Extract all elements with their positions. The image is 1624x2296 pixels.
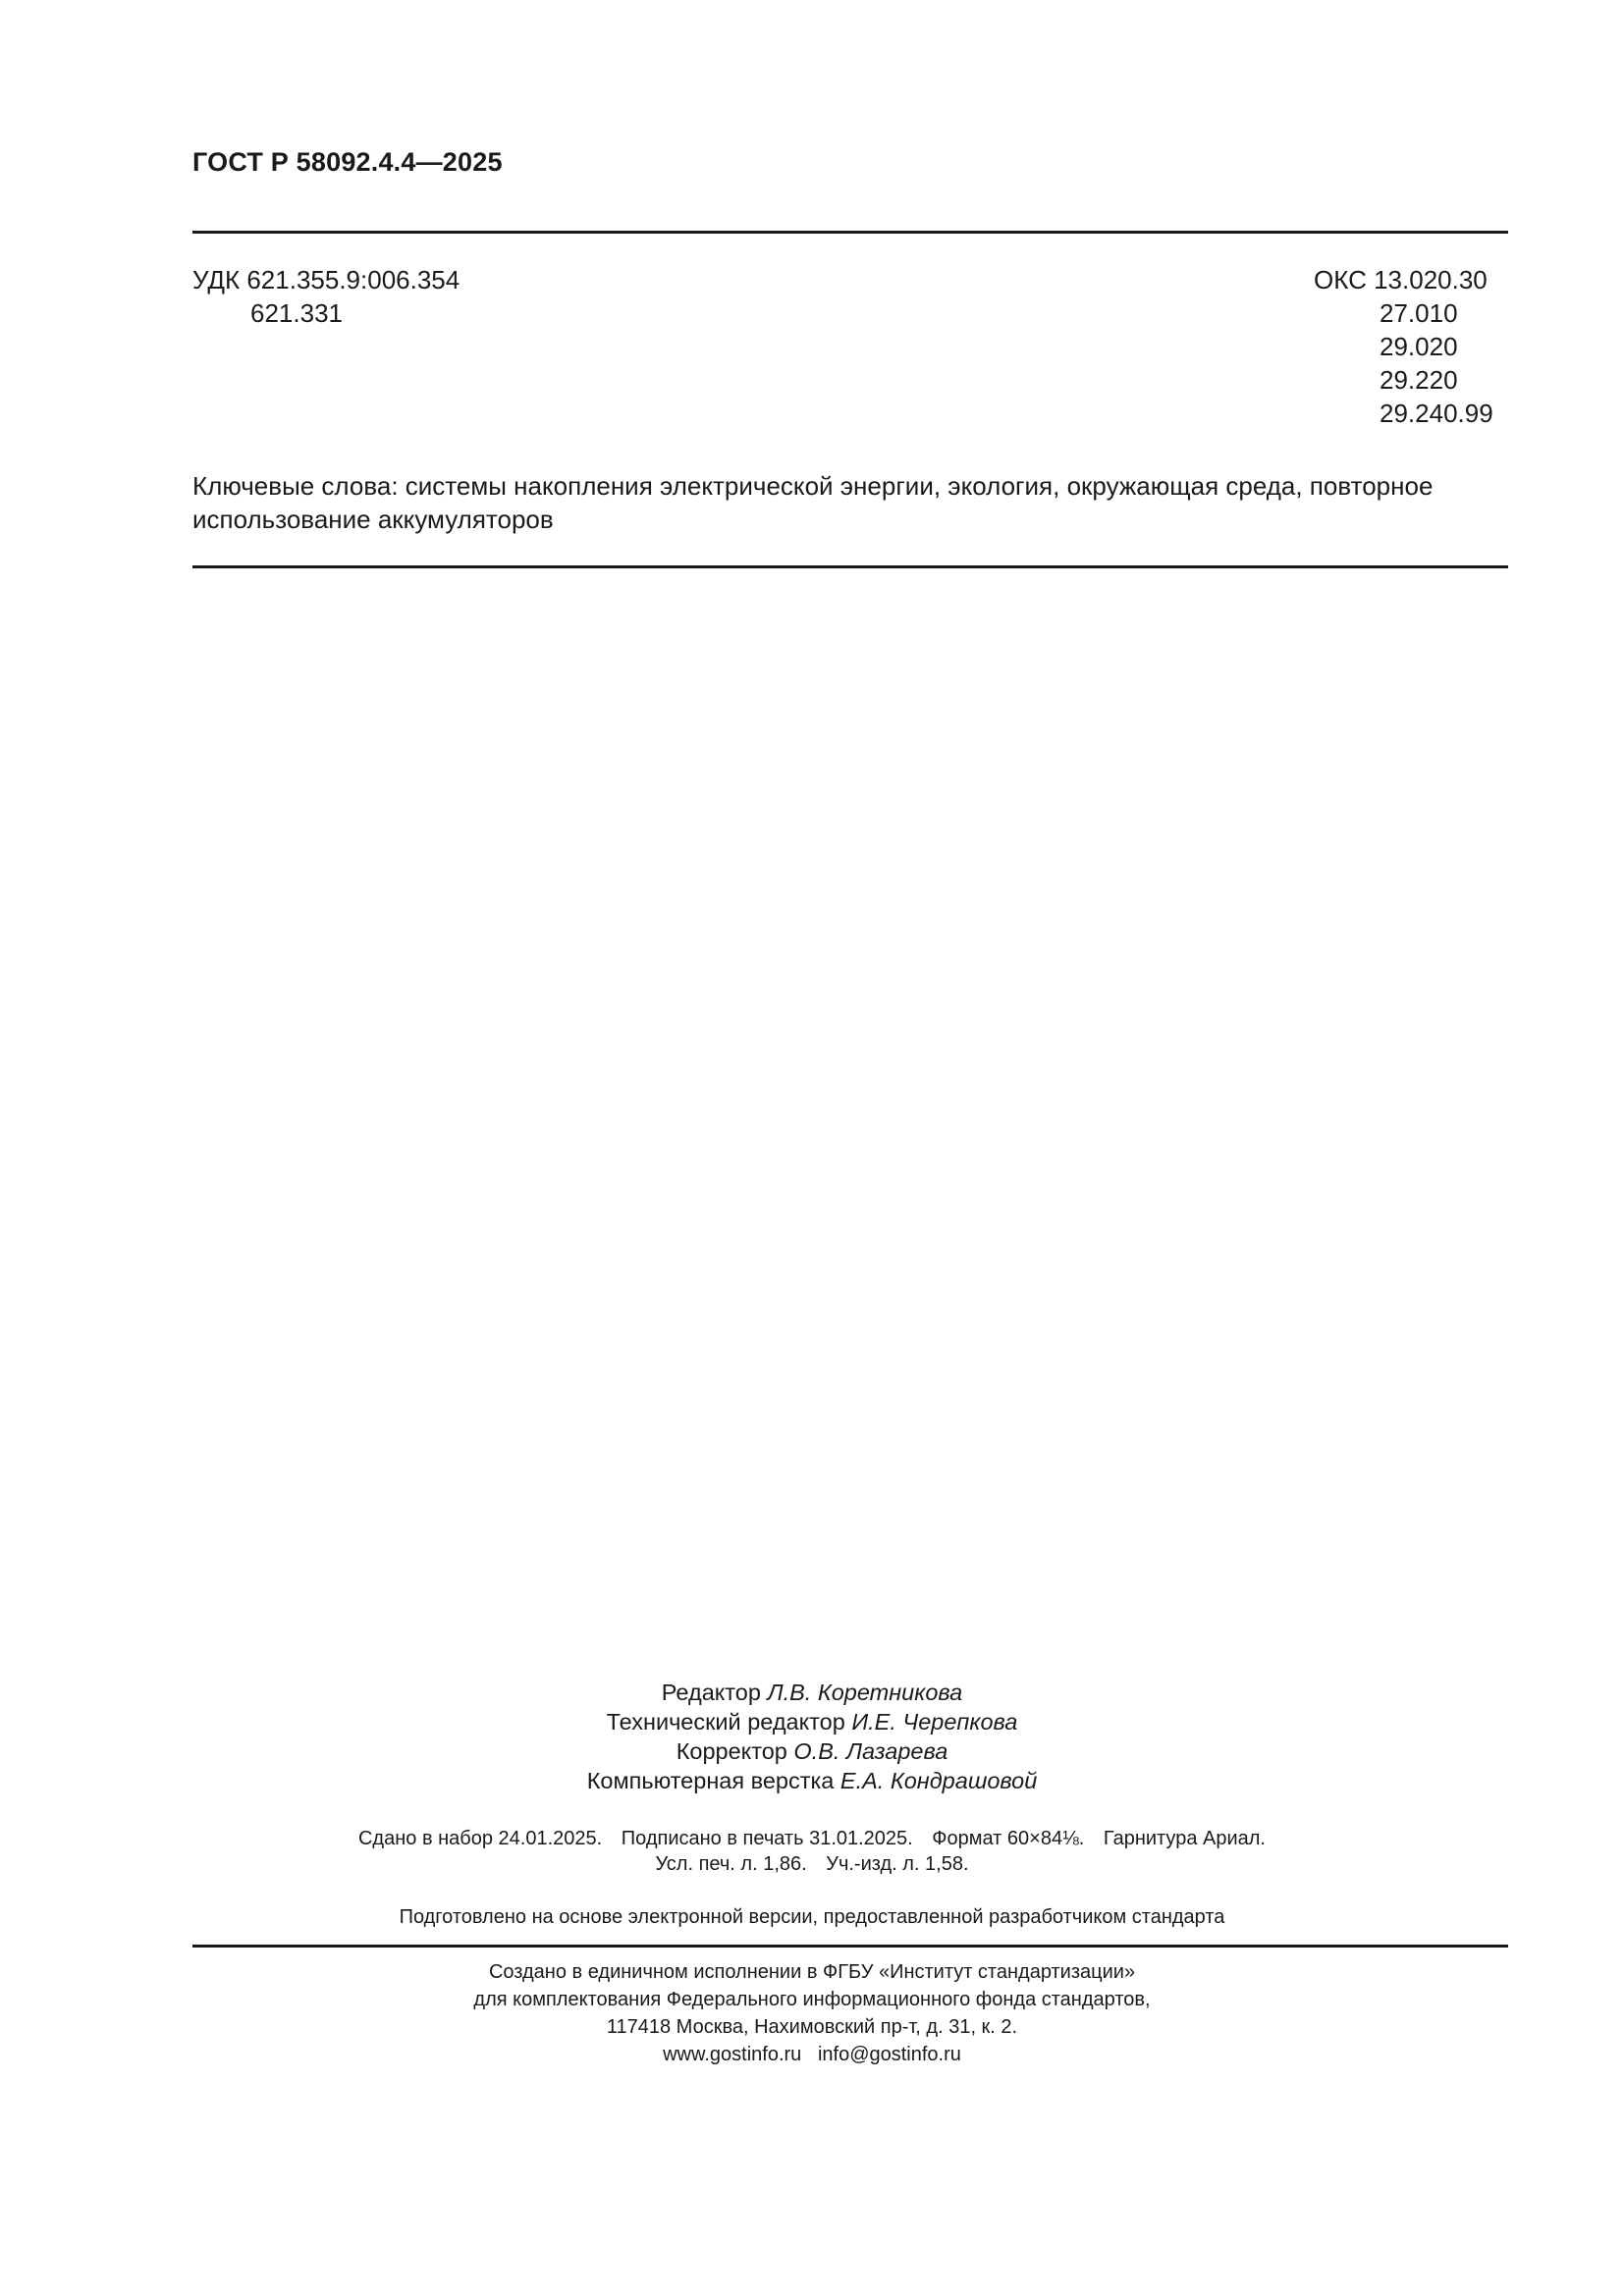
credit-role: Компьютерная верстка	[587, 1768, 835, 1793]
credit-name: И.Е. Черепкова	[851, 1709, 1017, 1735]
document-code: ГОСТ Р 58092.4.4—2025	[192, 147, 503, 178]
publisher-block: Создано в единичном исполнении в ФГБУ «И…	[0, 1958, 1624, 2068]
oks-code: 29.220	[1314, 363, 1493, 397]
signed-date: Подписано в печать 31.01.2025.	[622, 1828, 913, 1849]
oks-code: 13.020.30	[1374, 265, 1488, 294]
udk-line-1: УДК 621.355.9:006.354	[192, 263, 460, 296]
credit-role: Редактор	[662, 1680, 761, 1705]
credit-name: О.В. Лазарева	[793, 1738, 947, 1764]
credit-tech-editor: Технический редактор И.Е. Черепкова	[0, 1707, 1624, 1736]
credit-role: Корректор	[677, 1738, 787, 1764]
oks-label: ОКС	[1314, 265, 1367, 294]
udk-code: 621.331	[192, 296, 460, 330]
print-sheets: Усл. печ. л. 1,86.	[655, 1853, 806, 1875]
publisher-line-2: для комплектования Федерального информац…	[0, 1986, 1624, 2013]
oks-code: 29.240.99	[1314, 397, 1493, 430]
publisher-sheets: Уч.-изд. л. 1,58.	[826, 1853, 968, 1875]
print-info: Сдано в набор 24.01.2025. Подписано в пе…	[0, 1826, 1624, 1877]
credits-block: Редактор Л.В. Коретникова Технический ре…	[0, 1678, 1624, 1795]
keywords: Ключевые слова: системы накопления элект…	[192, 469, 1513, 536]
credit-layout: Компьютерная верстка Е.А. Кондрашовой	[0, 1766, 1624, 1795]
credit-editor: Редактор Л.В. Коретникова	[0, 1678, 1624, 1707]
udk-code: 621.355.9:006.354	[246, 265, 460, 294]
submitted-date: Сдано в набор 24.01.2025.	[358, 1828, 602, 1849]
oks-code: 29.020	[1314, 330, 1493, 363]
credit-name: Е.А. Кондрашовой	[840, 1768, 1037, 1793]
prepared-note: Подготовлено на основе электронной верси…	[0, 1904, 1624, 1930]
print-info-line-1: Сдано в набор 24.01.2025. Подписано в пе…	[0, 1826, 1624, 1851]
oks-code: 27.010	[1314, 296, 1493, 330]
publisher-contacts: www.gostinfo.ru info@gostinfo.ru	[0, 2041, 1624, 2068]
paper-format: Формат 60×84⅛.	[932, 1828, 1084, 1849]
website-link[interactable]: www.gostinfo.ru	[663, 2044, 801, 2065]
keywords-divider	[192, 565, 1508, 568]
udk-block: УДК 621.355.9:006.354 621.331	[192, 263, 460, 330]
top-divider	[192, 231, 1508, 234]
credit-proofreader: Корректор О.В. Лазарева	[0, 1736, 1624, 1766]
email-link[interactable]: info@gostinfo.ru	[818, 2044, 961, 2065]
udk-label: УДК	[192, 265, 240, 294]
oks-block: ОКС 13.020.30 27.010 29.020 29.220 29.24…	[1314, 263, 1493, 430]
oks-line-1: ОКС 13.020.30	[1314, 263, 1493, 296]
publisher-line-1: Создано в единичном исполнении в ФГБУ «И…	[0, 1958, 1624, 1986]
credit-role: Технический редактор	[607, 1709, 845, 1735]
print-info-line-2: Усл. печ. л. 1,86. Уч.-изд. л. 1,58.	[0, 1851, 1624, 1877]
publisher-address: 117418 Москва, Нахимовский пр-т, д. 31, …	[0, 2013, 1624, 2041]
credit-name: Л.В. Коретникова	[767, 1680, 962, 1705]
typeface: Гарнитура Ариал.	[1104, 1828, 1266, 1849]
footer-divider	[192, 1945, 1508, 1948]
